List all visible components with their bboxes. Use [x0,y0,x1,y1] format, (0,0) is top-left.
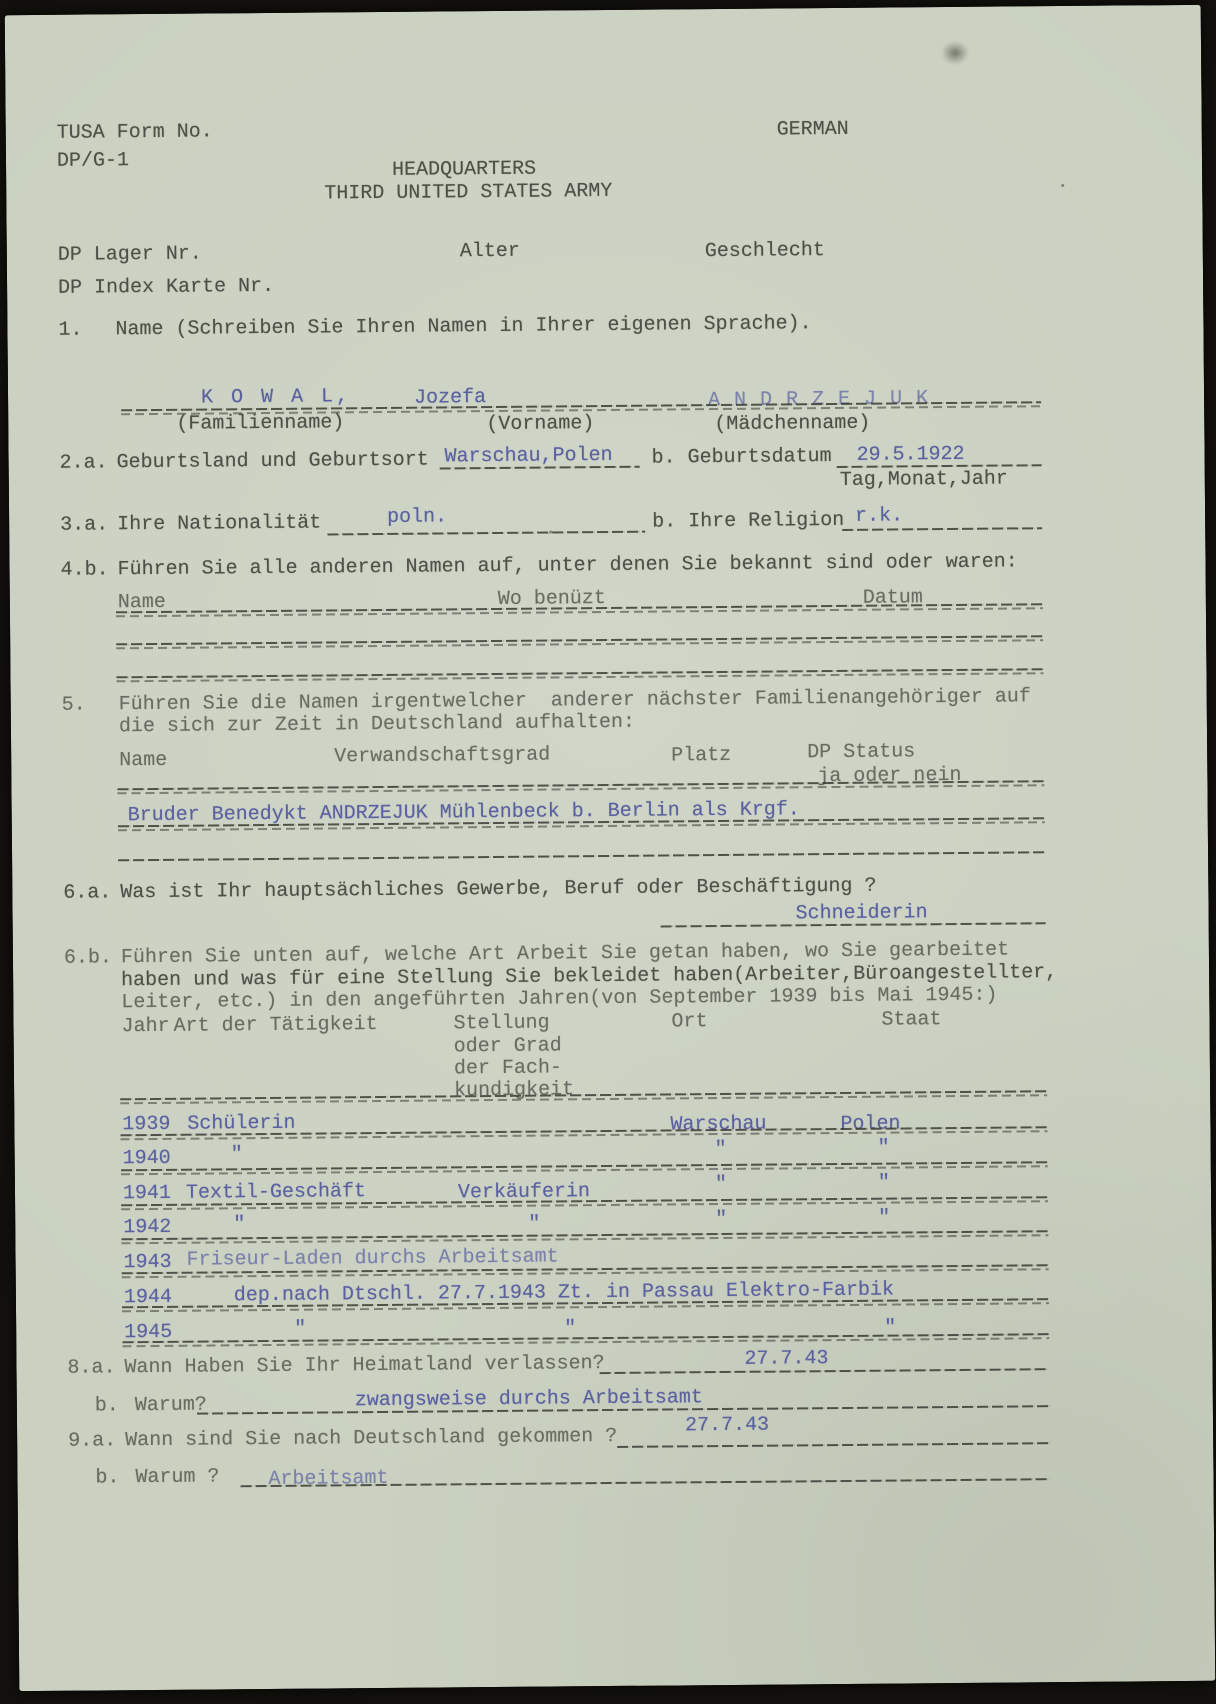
row-work: Textil-Geschäft [186,1181,366,1205]
ruled-line [440,466,640,471]
q2a-question: Geburtsland und Geburtsort [117,450,429,475]
q6a-question: Was ist Ihr hauptsächliches Gewerbe, Ber… [120,876,876,905]
q2a-answer: Warschau,Polen [444,445,612,468]
work-history-row: 1941 Textil-Geschäft Verkäuferin " " [5,5,1201,15]
ruled-line [327,531,645,537]
q6b-col-position-line2: oder Grad [454,1035,562,1058]
q8a-question: Wann Haben Sie Ihr Heimatland verlassen? [124,1353,604,1379]
alter-label: Alter [460,241,520,264]
q5-col-status-line1: DP Status [807,741,915,764]
row-work: " [233,1214,245,1236]
ruled-line [118,851,1045,862]
q4-number: 4.b. [60,559,108,581]
row-ort: " [715,1209,727,1231]
ink-smudge [941,41,969,65]
scanned-dp-registration-form: { "header": { "form_no_line1": "TUSA For… [0,0,1216,1704]
q6b-col-position-line3: der Fach- [454,1057,562,1080]
q5-col-relation: Verwandschaftsgrad [334,745,550,769]
q2-number: 2.a. [60,452,108,474]
work-history-row: 1940 " " " [5,5,1201,15]
row-year: 1940 [123,1148,171,1170]
q3a-answer: poln. [387,506,447,529]
ruled-line [116,635,1043,650]
q9b-question: Warum ? [135,1466,219,1489]
row-work: Friseur-Laden durchs Arbeitsamt [186,1246,558,1271]
row-year: 1942 [123,1217,171,1239]
q3a-question: Ihre Nationalität [117,513,321,537]
row-year: 1943 [124,1252,172,1274]
q6b-col-ort: Ort [671,1011,707,1033]
ruled-line [122,1333,1049,1348]
q6a-number: 6.a. [63,882,111,904]
dp-index-label: DP Index Karte Nr. [58,276,274,300]
ruled-line [617,1442,1050,1449]
q9a-question: Wann sind Sie nach Deutschland gekommen … [125,1426,617,1452]
q6b-col-staat: Staat [881,1009,941,1032]
form-language-label: GERMAN [777,119,849,142]
q9a-answer: 27.7.43 [685,1415,769,1438]
work-history-row: 1939 Schülerin Warschau Polen [5,5,1201,15]
q4-question: Führen Sie alle anderen Namen auf, unter… [117,551,1017,581]
q6b-number: 6.b. [64,947,112,969]
q5-col-place: Platz [671,745,731,768]
q5-number: 5. [62,695,86,717]
row-staat: " [878,1208,890,1230]
form-page: TUSA Form No. DP/G-1 GERMAN HEADQUARTERS… [5,5,1216,1691]
ruled-line [842,527,1042,532]
row-position: " [528,1214,540,1236]
ruled-line [600,1368,1050,1375]
row-work: " [294,1319,306,1341]
form-number-line1: TUSA Form No. [57,121,213,144]
row-year: 1941 [123,1183,171,1205]
q5-question-line2: die sich zur Zeit in Deutschland aufhalt… [119,712,635,739]
ruled-line [116,668,1043,683]
row-ort: " [715,1139,727,1161]
work-history-row: 1944 dep.nach Dtschl. 27.7.1943 Zt. in P… [5,5,1201,15]
headquarters-line1: HEADQUARTERS [392,159,536,182]
q8b-number: b. [95,1395,119,1417]
q9a-number: 9.a. [68,1430,116,1452]
work-history-row: 1942 " " " " [5,5,1201,15]
q8a-number: 8.a. [67,1357,115,1379]
row-staat: " [878,1173,890,1195]
ruled-line [121,1230,1048,1245]
q1-family-name-label: (Familienname) [176,412,344,435]
q3b-question: b. Ihre Religion [652,510,844,534]
ruled-line [121,1161,1048,1176]
q2b-answer: 29.5.1922 [856,444,964,467]
q6a-answer: Schneiderin [795,902,927,925]
q1-first-name-label: (Vorname) [486,413,594,436]
q8a-answer: 27.7.43 [744,1348,828,1371]
q2b-date-hint: Tag,Monat,Jahr [840,469,1008,492]
form-number-line2: DP/G-1 [57,150,129,173]
row-work: " [231,1144,243,1166]
dp-lager-label: DP Lager Nr. [58,244,202,267]
q5-col-name: Name [119,750,167,772]
q3-number: 3.a. [60,514,108,536]
q1-family-name-value: K O W A L, [201,386,351,409]
ruled-line [661,922,1046,928]
q6b-col-year: Jahr [121,1016,169,1038]
geschlecht-label: Geschlecht [705,240,825,263]
q9b-number: b. [95,1467,119,1489]
q6b-col-position-line1: Stellung [453,1013,549,1036]
ruled-line [117,780,1044,795]
row-staat: " [878,1138,890,1160]
q6b-col-work: Art der Tätigkeit [173,1014,377,1038]
work-history-row: 1943 Friseur-Laden durchs Arbeitsamt [5,5,1201,15]
ruled-line [120,1090,1047,1105]
q2b-question: b. Geburtsdatum [652,446,832,470]
row-ort: " [715,1174,727,1196]
q1-question: Name (Schreiben Sie Ihren Namen in Ihrer… [115,313,811,341]
row-year: 1939 [122,1114,170,1136]
q3b-answer: r.k. [855,505,903,527]
headquarters-line2: THIRD UNITED STATES ARMY [324,181,612,206]
paper-speck [1061,184,1064,187]
work-history-row: 1945 " " " [5,5,1201,15]
q1-number: 1. [58,320,82,342]
q1-maiden-name-label: (Mädchenname) [714,413,870,436]
